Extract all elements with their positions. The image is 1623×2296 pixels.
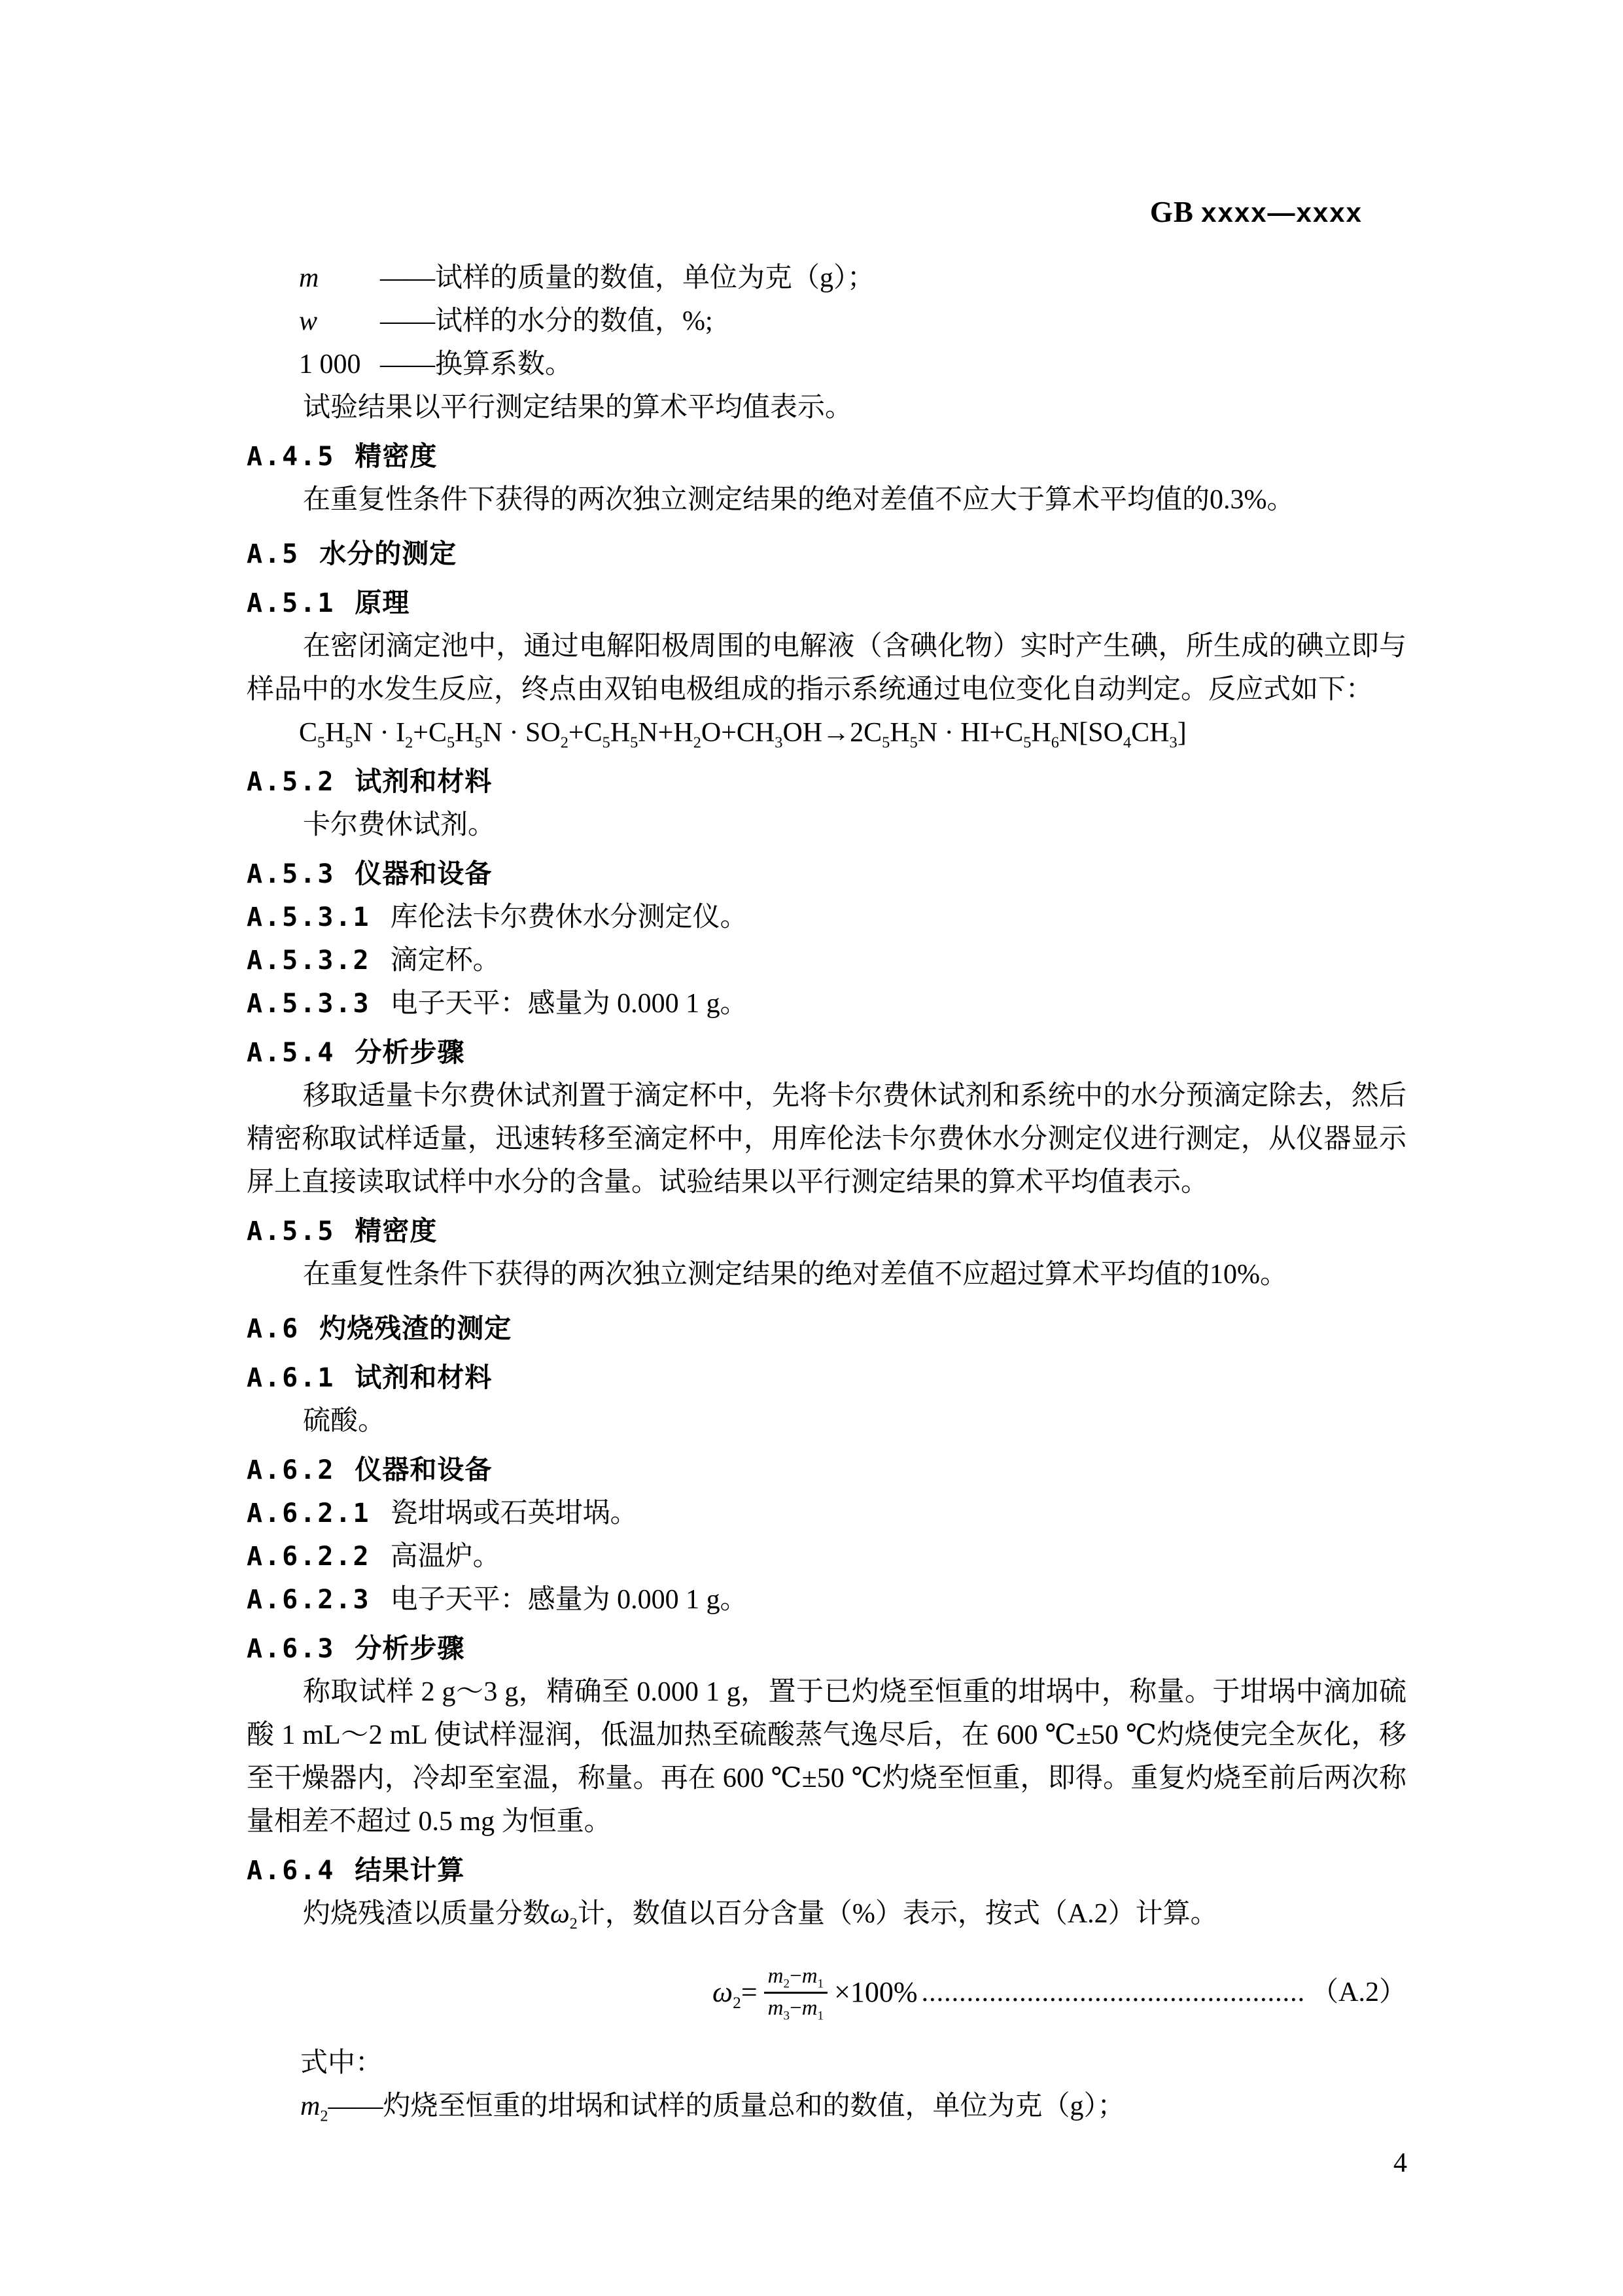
heading-number: A.6 (247, 1314, 300, 1344)
heading-title: 仪器和设备 (355, 858, 492, 889)
heading-a-5-4: A.5.4分析步骤 (247, 1031, 1406, 1074)
clause-a-5-3-3: A.5.3.3电子天平：感量为 0.000 1 g。 (247, 982, 1406, 1025)
heading-number: A.5.2 (247, 767, 335, 797)
heading-title: 结果计算 (355, 1855, 464, 1885)
definition-term-m: m (299, 256, 380, 300)
definition-term-w: w (299, 300, 380, 343)
clause-number: A.6.2.2 (247, 1542, 371, 1572)
clause-number: A.5.3.3 (247, 989, 371, 1019)
fraction-denominator: m3−m1 (768, 1994, 824, 2022)
chemical-equation: C5H5N · I2+C5H5N · SO2+C5H5N+H2O+CH3OH→2… (247, 711, 1406, 754)
heading-number: A.6.2 (247, 1455, 335, 1485)
heading-a-6-4: A.6.4结果计算 (247, 1848, 1406, 1892)
formula-dot-leader: ........................................… (922, 1971, 1308, 2014)
clause-a-6-2-3: A.6.2.3电子天平：感量为 0.000 1 g。 (247, 1578, 1406, 1621)
formula-a2: ω2= m2−m1 m3−m1 ×100% ..................… (247, 1946, 1406, 2039)
clause-text: 电子天平：感量为 0.000 1 g。 (391, 989, 748, 1019)
definition-text-w: ——试样的水分的数值，%; (380, 306, 713, 336)
heading-a-6-1: A.6.1试剂和材料 (247, 1356, 1406, 1400)
heading-a-5: A.5水分的测定 (247, 532, 1406, 576)
heading-title: 试剂和材料 (355, 766, 492, 796)
formula-rhs: ×100% (834, 1971, 917, 2014)
heading-title: 水分的测定 (319, 539, 457, 569)
heading-title: 分析步骤 (355, 1037, 464, 1067)
paragraph-a-5-5-precision: 在重复性条件下获得的两次独立测定结果的绝对差值不应超过算术平均值的10%。 (247, 1253, 1406, 1296)
standard-code-prefix: GB (1150, 196, 1194, 228)
clause-number: A.5.3.2 (247, 945, 371, 976)
heading-a-5-2: A.5.2试剂和材料 (247, 760, 1406, 804)
paragraph-a-5-2-reagent: 卡尔费休试剂。 (247, 804, 1406, 847)
heading-number: A.4.5 (247, 442, 335, 472)
heading-title: 仪器和设备 (355, 1455, 492, 1485)
heading-number: A.5.4 (247, 1038, 335, 1068)
heading-number: A.6.3 (247, 1634, 335, 1664)
heading-number: A.6.1 (247, 1363, 335, 1393)
fraction-numerator: m2−m1 (764, 1964, 828, 1994)
clause-number: A.6.2.3 (247, 1585, 371, 1615)
heading-a-6-3: A.6.3分析步骤 (247, 1627, 1406, 1670)
paragraph-where: 式中： (247, 2041, 1406, 2085)
heading-title: 原理 (355, 588, 410, 618)
clause-text: 高温炉。 (391, 1542, 500, 1572)
heading-a-5-3: A.5.3仪器和设备 (247, 852, 1406, 896)
heading-a-6-2: A.6.2仪器和设备 (247, 1448, 1406, 1492)
definition-line-m: m——试样的质量的数值，单位为克（g）； (247, 256, 1406, 300)
definition-text-1000: ——换算系数。 (380, 349, 572, 380)
heading-title: 精密度 (355, 441, 437, 471)
paragraph-result-average: 试验结果以平行测定结果的算术平均值表示。 (247, 386, 1406, 429)
clause-text: 库伦法卡尔费休水分测定仪。 (391, 902, 748, 932)
paragraph-a-4-5-precision: 在重复性条件下获得的两次独立测定结果的绝对差值不应大于算术平均值的0.3%。 (247, 478, 1406, 521)
definition-text-m: ——试样的质量的数值，单位为克（g）； (380, 263, 875, 293)
heading-a-5-5: A.5.5精密度 (247, 1209, 1406, 1253)
clause-a-5-3-2: A.5.3.2滴定杯。 (247, 939, 1406, 982)
heading-a-5-1: A.5.1原理 (247, 581, 1406, 625)
paragraph-a-5-1-principle: 在密闭滴定池中，通过电解阳极周围的电解液（含碘化物）实时产生碘，所生成的碘立即与… (247, 625, 1406, 711)
definition-term-1000: 1 000 (299, 343, 380, 386)
clause-a-6-2-1: A.6.2.1瓷坩埚或石英坩埚。 (247, 1492, 1406, 1535)
document-page: GB xxxx—xxxx m——试样的质量的数值，单位为克（g）； w——试样的… (0, 0, 1623, 2296)
clause-number: A.5.3.1 (247, 902, 371, 932)
page-header: GB xxxx—xxxx (1150, 195, 1363, 229)
page-number: 4 (1393, 2147, 1407, 2179)
formula-label: （A.2） (1311, 1971, 1406, 2014)
heading-number: A.5.1 (247, 588, 335, 618)
paragraph-a-6-1-reagent: 硫酸。 (247, 1400, 1406, 1443)
clause-text: 电子天平：感量为 0.000 1 g。 (391, 1585, 748, 1615)
page-content: m——试样的质量的数值，单位为克（g）； w——试样的水分的数值，%; 1 00… (247, 256, 1406, 2128)
paragraph-a-6-4-calculation: 灼烧残渣以质量分数ω2计，数值以百分含量（%）表示，按式（A.2）计算。 (247, 1892, 1406, 1935)
heading-a-4-5: A.4.5精密度 (247, 434, 1406, 478)
heading-number: A.6.4 (247, 1856, 335, 1886)
heading-title: 灼烧残渣的测定 (319, 1313, 512, 1343)
clause-a-5-3-1: A.5.3.1库伦法卡尔费休水分测定仪。 (247, 896, 1406, 939)
heading-title: 试剂和材料 (355, 1362, 492, 1392)
formula-fraction: m2−m1 m3−m1 (764, 1964, 828, 2021)
clause-text: 瓷坩埚或石英坩埚。 (391, 1498, 638, 1528)
definition-line-1000: 1 000——换算系数。 (247, 343, 1406, 386)
heading-number: A.5.3 (247, 859, 335, 889)
heading-title: 精密度 (355, 1216, 437, 1246)
clause-number: A.6.2.1 (247, 1498, 371, 1528)
heading-title: 分析步骤 (355, 1633, 464, 1663)
clause-a-6-2-2: A.6.2.2高温炉。 (247, 1535, 1406, 1578)
heading-a-6: A.6灼烧残渣的测定 (247, 1307, 1406, 1351)
formula-lhs: ω2= (712, 1971, 758, 2014)
paragraph-a-6-3-procedure: 称取试样 2 g～3 g，精确至 0.000 1 g，置于已灼烧至恒重的坩埚中，… (247, 1670, 1406, 1843)
definition-line-w: w——试样的水分的数值，%; (247, 300, 1406, 343)
heading-number: A.5.5 (247, 1216, 335, 1246)
heading-number: A.5 (247, 539, 300, 569)
paragraph-a-5-4-procedure: 移取适量卡尔费休试剂置于滴定杯中，先将卡尔费休试剂和系统中的水分预滴定除去，然后… (247, 1074, 1406, 1204)
standard-code-number: xxxx—xxxx (1201, 197, 1363, 228)
clause-text: 滴定杯。 (391, 945, 500, 976)
paragraph-m2-definition: m2——灼烧至恒重的坩埚和试样的质量总和的数值，单位为克（g）； (247, 2085, 1406, 2128)
